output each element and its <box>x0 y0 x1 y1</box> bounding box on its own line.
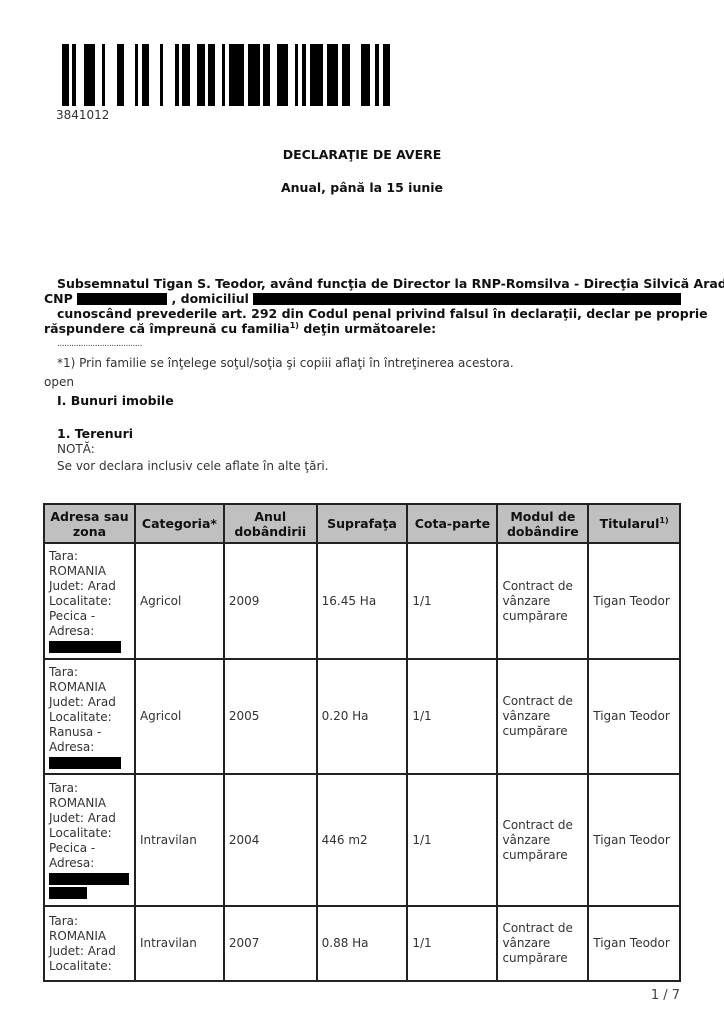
address-line: Tara: <box>49 914 130 929</box>
address-line: Pecica - <box>49 609 130 624</box>
footnote: *1) Prin familie se înţelege soţul/soţia… <box>57 356 514 371</box>
cell-holder: Tigan Teodor <box>588 774 680 906</box>
address-line: Tara: <box>49 665 130 680</box>
address-line: Judet: Arad <box>49 944 130 959</box>
cell-year: 2007 <box>224 906 317 981</box>
table-row: Tara:ROMANIAJudet: AradLocalitate:Ranusa… <box>44 659 680 774</box>
address-line: Adresa: <box>49 740 130 755</box>
header-holder-label: Titularul <box>600 516 660 531</box>
table-header-row: Adresa sau zona Categoria* Anul dobândir… <box>44 504 680 543</box>
intro-line-4-text: răspundere că împreună cu familia <box>44 321 290 336</box>
cell-share: 1/1 <box>407 906 497 981</box>
address-line: ROMANIA <box>49 929 130 944</box>
cell-area: 446 m2 <box>317 774 408 906</box>
document-title: DECLARAŢIE DE AVERE <box>0 147 724 162</box>
intro-line-2: CNP , domiciliul <box>44 291 681 306</box>
document-subtitle: Anual, până la 15 iunie <box>0 180 724 195</box>
barcode <box>62 44 392 106</box>
address-line: ROMANIA <box>49 680 130 695</box>
address-line: Localitate: <box>49 710 130 725</box>
cell-address: Tara:ROMANIAJudet: AradLocalitate: <box>44 906 135 981</box>
footnote-ref: 1) <box>659 516 668 525</box>
address-line: Adresa: <box>49 624 130 639</box>
cell-year: 2009 <box>224 543 317 659</box>
intro-line-4: răspundere că împreună cu familia1) deţi… <box>44 321 436 336</box>
header-area: Suprafaţa <box>317 504 408 543</box>
cell-area: 16.45 Ha <box>317 543 408 659</box>
address-line: Localitate: <box>49 826 130 841</box>
address-redaction <box>49 887 87 899</box>
cell-mode: Contract de vânzare cumpărare <box>497 659 588 774</box>
address-redaction <box>49 873 129 885</box>
address-line: Judet: Arad <box>49 579 130 594</box>
cell-holder: Tigan Teodor <box>588 659 680 774</box>
address-line: Adresa: <box>49 856 130 871</box>
barcode-number: 3841012 <box>56 108 109 122</box>
cell-share: 1/1 <box>407 659 497 774</box>
table-row: Tara:ROMANIAJudet: AradLocalitate:Intrav… <box>44 906 680 981</box>
cell-area: 0.88 Ha <box>317 906 408 981</box>
cell-holder: Tigan Teodor <box>588 543 680 659</box>
address-line: Ranusa - <box>49 725 130 740</box>
header-mode: Modul de dobândire <box>497 504 588 543</box>
address-redaction <box>49 757 121 769</box>
header-share: Cota-parte <box>407 504 497 543</box>
address-line: ROMANIA <box>49 796 130 811</box>
land-assets-table: Adresa sau zona Categoria* Anul dobândir… <box>43 503 681 982</box>
note-text: Se vor declara inclusiv cele aflate în a… <box>57 459 329 474</box>
cell-year: 2004 <box>224 774 317 906</box>
open-text: open <box>44 375 74 390</box>
address-line: ROMANIA <box>49 564 130 579</box>
cell-address: Tara:ROMANIAJudet: AradLocalitate:Pecica… <box>44 543 135 659</box>
note-label: NOTĂ: <box>57 442 95 457</box>
cell-category: Intravilan <box>135 906 224 981</box>
cnp-label: CNP <box>44 291 73 306</box>
address-line: Judet: Arad <box>49 695 130 710</box>
section-title: I. Bunuri imobile <box>57 393 174 408</box>
address-line: Tara: <box>49 549 130 564</box>
domiciliu-redaction <box>253 293 681 305</box>
cell-holder: Tigan Teodor <box>588 906 680 981</box>
header-address: Adresa sau zona <box>44 504 135 543</box>
domiciliu-label: , domiciliul <box>172 291 249 306</box>
address-line: Localitate: <box>49 959 130 974</box>
cell-mode: Contract de vânzare cumpărare <box>497 774 588 906</box>
page-indicator: 1 / 7 <box>651 988 680 1003</box>
cell-address: Tara:ROMANIAJudet: AradLocalitate:Ranusa… <box>44 659 135 774</box>
address-line: Localitate: <box>49 594 130 609</box>
cnp-redaction <box>77 293 167 305</box>
intro-line-1: Subsemnatul Tigan S. Teodor, având funcţ… <box>57 276 724 291</box>
address-redaction <box>49 641 121 653</box>
header-year: Anul dobândirii <box>224 504 317 543</box>
cell-area: 0.20 Ha <box>317 659 408 774</box>
footnote-ref: 1) <box>290 321 299 330</box>
cell-address: Tara:ROMANIAJudet: AradLocalitate:Pecica… <box>44 774 135 906</box>
cell-share: 1/1 <box>407 543 497 659</box>
cell-mode: Contract de vânzare cumpărare <box>497 906 588 981</box>
address-line: Tara: <box>49 781 130 796</box>
table-row: Tara:ROMANIAJudet: AradLocalitate:Pecica… <box>44 774 680 906</box>
header-category: Categoria* <box>135 504 224 543</box>
intro-line-3: cunoscând prevederile art. 292 din Codul… <box>57 306 708 321</box>
cell-category: Agricol <box>135 659 224 774</box>
header-holder: Titularul1) <box>588 504 680 543</box>
table-row: Tara:ROMANIAJudet: AradLocalitate:Pecica… <box>44 543 680 659</box>
cell-category: Intravilan <box>135 774 224 906</box>
subsection-title: 1. Terenuri <box>57 426 133 441</box>
cell-year: 2005 <box>224 659 317 774</box>
cell-share: 1/1 <box>407 774 497 906</box>
cell-mode: Contract de vânzare cumpărare <box>497 543 588 659</box>
address-line: Judet: Arad <box>49 811 130 826</box>
intro-line-4-end: deţin următoarele: <box>299 321 436 336</box>
address-line: Pecica - <box>49 841 130 856</box>
cell-category: Agricol <box>135 543 224 659</box>
dotted-line: .................................... <box>57 339 142 349</box>
